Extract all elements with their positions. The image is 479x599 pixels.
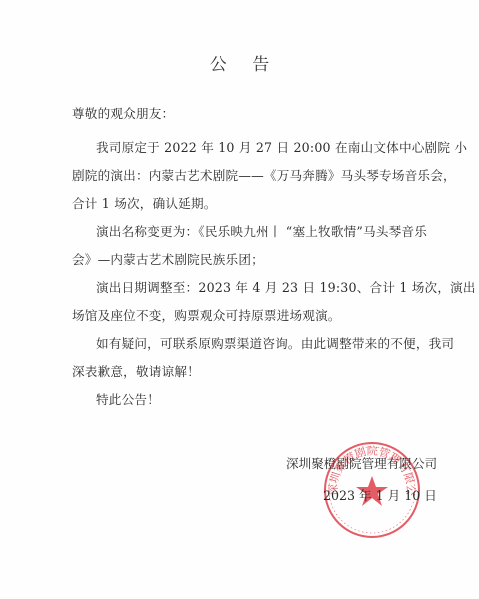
paragraph-3-line-1: 演出日期调整至：2023 年 4 月 23 日 19:30、合计 1 场次，演出 <box>96 280 440 296</box>
paragraph-2-line-1: 演出名称变更为：《民乐映九州丨 “塞上牧歌情”马头琴音乐 <box>96 224 440 240</box>
signature-date: 2023 年 1 月 10 日 <box>323 488 437 504</box>
paragraph-4-line-1: 如有疑问，可联系原购票渠道咨询。由此调整带来的不便，我司 <box>96 336 440 352</box>
paragraph-1-line-3: 合计 1 场次，确认延期。 <box>72 196 440 212</box>
closing-line: 特此公告！ <box>96 392 440 408</box>
paragraph-2-line-2: 会》—内蒙古艺术剧院民族乐团； <box>72 252 440 268</box>
salutation: 尊敬的观众朋友： <box>72 106 440 122</box>
signature-company: 深圳聚橙剧院管理有限公司 <box>286 456 437 472</box>
paragraph-4-line-2: 深表歉意，敬请谅解！ <box>72 364 440 380</box>
notice-title: 公 告 <box>0 50 479 75</box>
paragraph-1-line-2: 剧院的演出：内蒙古艺术剧院——《万马奔腾》马头琴专场音乐会， <box>72 168 440 184</box>
paragraph-3-line-2: 场馆及座位不变，购票观众可持原票进场观演。 <box>72 308 440 324</box>
paragraph-1-line-1: 我司原定于 2022 年 10 月 27 日 20:00 在南山文体中心剧院 小 <box>96 140 440 156</box>
notice-document: 公 告 尊敬的观众朋友： 我司原定于 2022 年 10 月 27 日 20:0… <box>0 0 479 599</box>
